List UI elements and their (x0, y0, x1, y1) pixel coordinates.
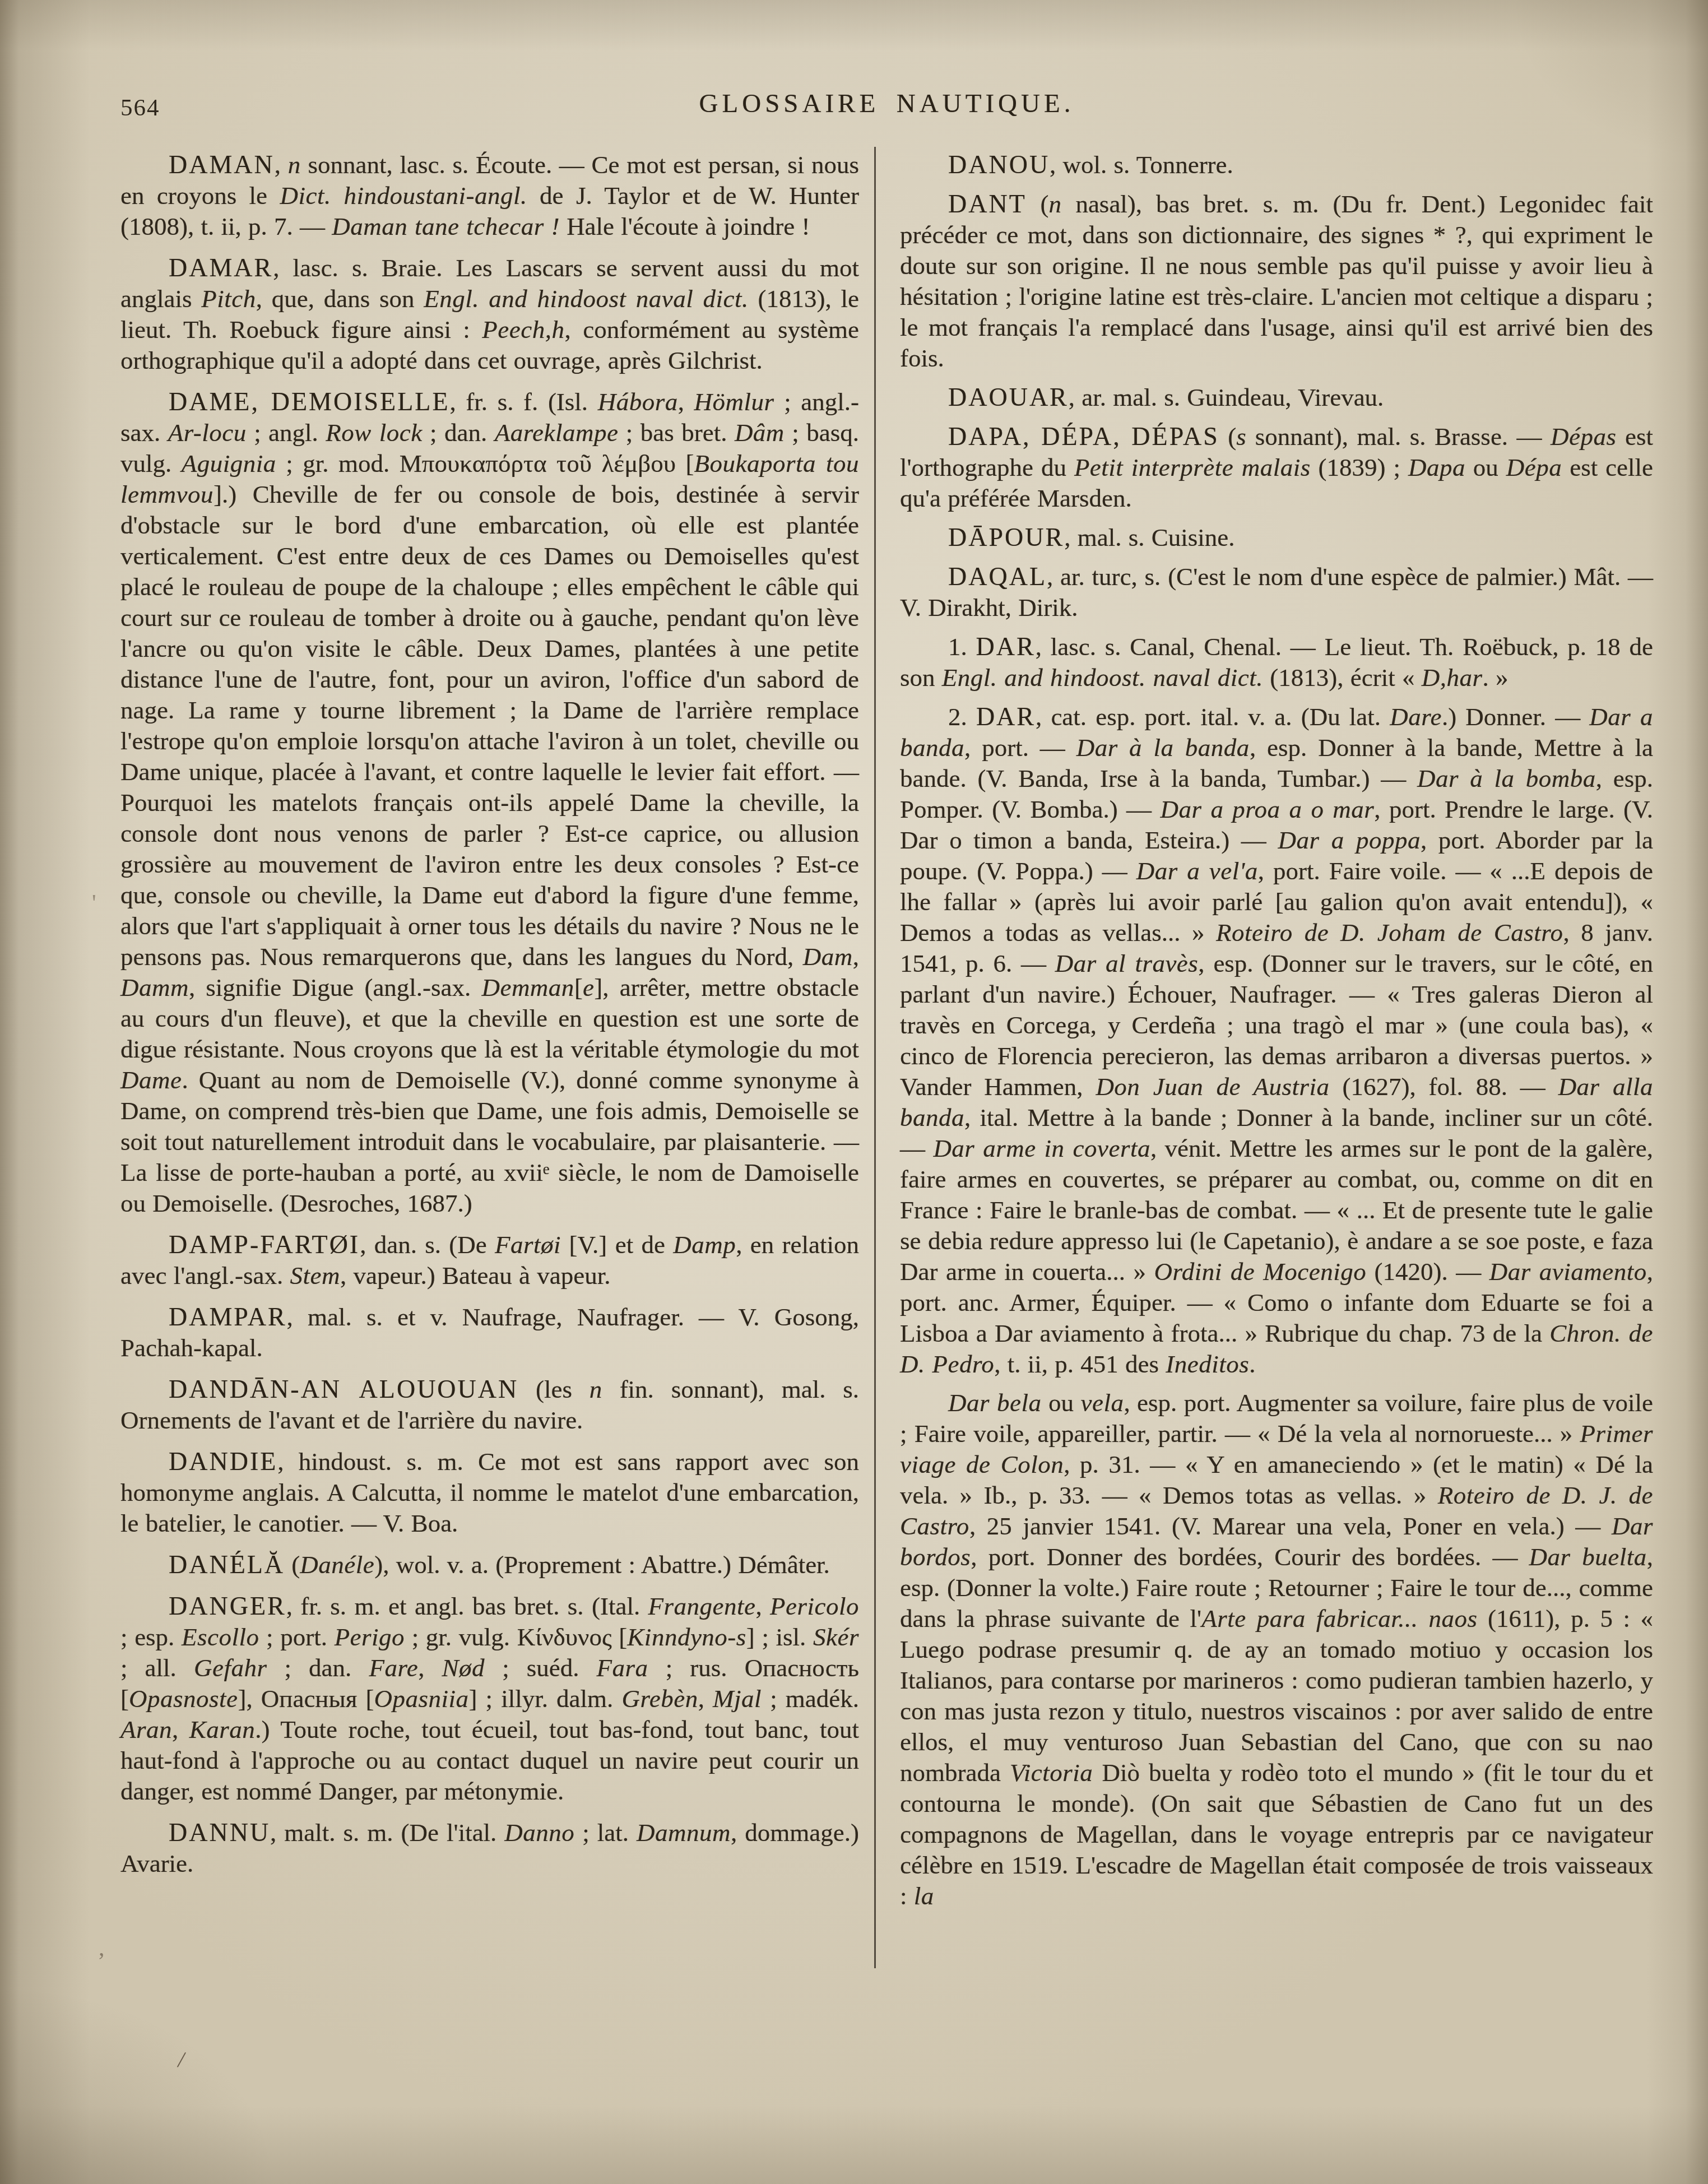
entry-dapa-depa-depas: DAPA, DÉPA, DÉPAS (s sonnant), mal. s. B… (900, 421, 1653, 514)
right-column: DANOU, wol. s. Tonnerre.DANT (n nasal), … (900, 149, 1653, 1919)
left-column: DAMAN, n sonnant, lasc. s. Écoute. — Ce … (120, 149, 859, 1889)
ink-speck: , (99, 1935, 105, 1962)
entry-dant: DANT (n nasal), bas bret. s. m. (Du fr. … (900, 188, 1653, 374)
column-divider (874, 147, 876, 1968)
entry-dannu: DANNU, malt. s. m. (De l'ital. Danno ; l… (120, 1817, 859, 1879)
entry-dame-demoiselle: DAME, DEMOISELLE, fr. s. f. (Isl. Hábora… (120, 386, 859, 1219)
entry-daouar: DAOUAR, ar. mal. s. Guindeau, Virevau. (900, 382, 1653, 413)
entry-dampar: DAMPAR, mal. s. et v. Naufrage, Naufrage… (120, 1301, 859, 1364)
ink-speck: / (176, 2046, 187, 2074)
page-number: 564 (120, 94, 160, 122)
entry-dar-2: 2. DAR, cat. esp. port. ital. v. a. (Du … (900, 701, 1653, 1380)
entry-dar-1: 1. DAR, lasc. s. Canal, Chenal. — Le lie… (900, 631, 1653, 693)
entry-dapour: DĀPOUR, mal. s. Cuisine. (900, 522, 1653, 553)
entry-dandan-an-alououan: DANDĀN-AN ALOUOUAN (les n fin. sonnant),… (120, 1374, 859, 1436)
entry-danela: DANÉLĂ (Danéle), wol. v. a. (Proprement … (120, 1549, 859, 1580)
entry-damar: DAMAR, lasc. s. Braie. Les Lascars se se… (120, 252, 859, 376)
entry-damp-fartoi: DAMP-FARTØI, dan. s. (De Fartøi [V.] et … (120, 1229, 859, 1291)
entry-daman: DAMAN, n sonnant, lasc. s. Écoute. — Ce … (120, 149, 859, 242)
running-title: GLOSSAIRE NAUTIQUE. (120, 89, 1653, 119)
entry-daqal: DAQAL, ar. turc, s. (C'est le nom d'une … (900, 561, 1653, 623)
book-page: 564 GLOSSAIRE NAUTIQUE. DAMAN, n sonnant… (0, 0, 1708, 2184)
entry-danger: DANGER, fr. s. m. et angl. bas bret. s. … (120, 1591, 859, 1807)
ink-speck: ' (92, 890, 96, 917)
running-head: 564 GLOSSAIRE NAUTIQUE. (120, 89, 1653, 128)
entry-dar-2-suite: Dar bela ou vela, esp. port. Augmenter s… (900, 1388, 1653, 1912)
entry-dandie: DANDIE, hindoust. s. m. Ce mot est sans … (120, 1446, 859, 1539)
entry-danou: DANOU, wol. s. Tonnerre. (900, 149, 1653, 180)
